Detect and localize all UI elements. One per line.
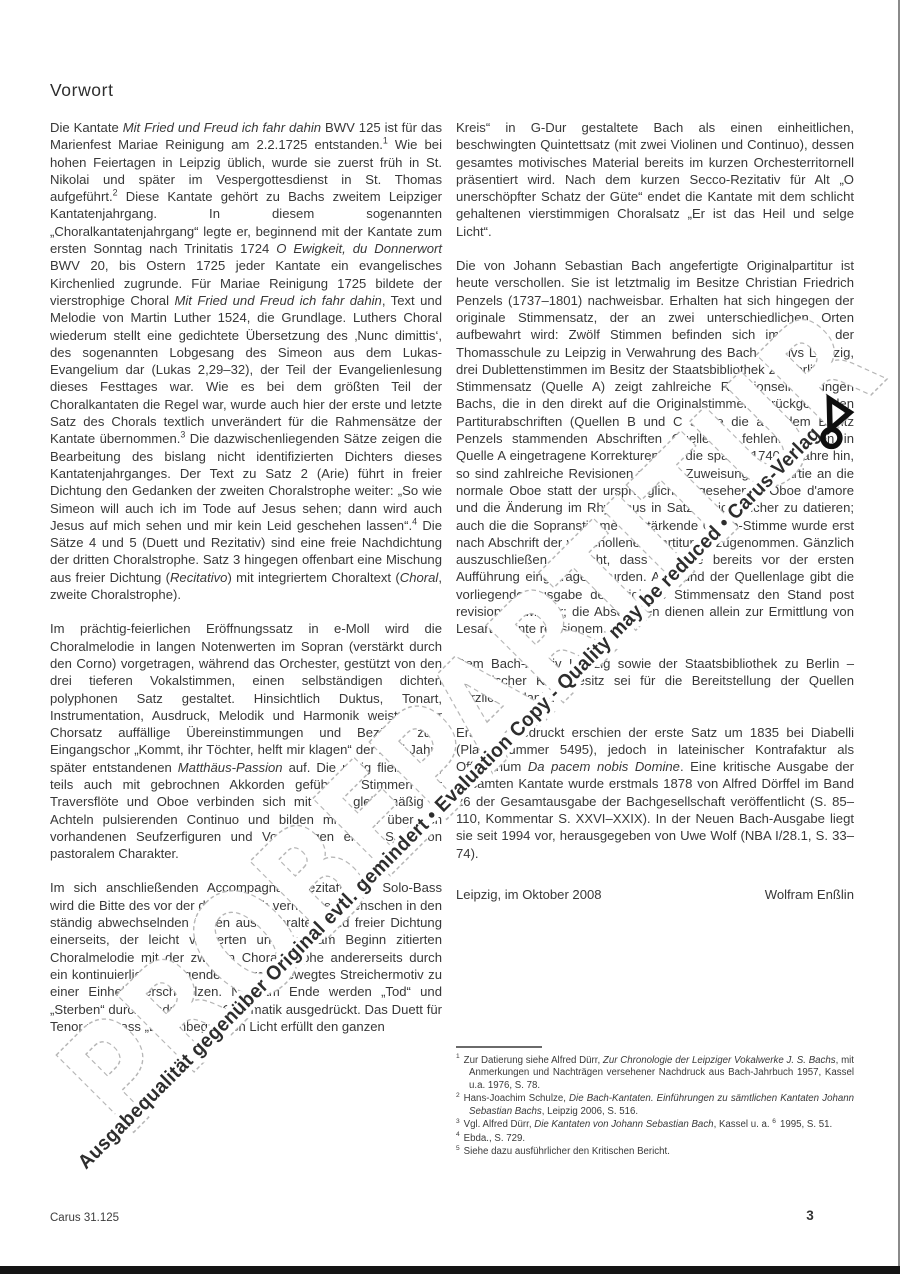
left-column: Die Kantate Mit Fried und Freud ich fahr… <box>50 119 442 1052</box>
catalog-number: Carus 31.125 <box>50 1212 119 1224</box>
paragraph: Die von Johann Sebastian Bach angefertig… <box>456 257 854 638</box>
paragraph: Dem Bach-Archiv Leipzig sowie der Staats… <box>456 655 854 707</box>
footnote-text: Hans-Joachim Schulze, Die Bach-Kantaten.… <box>464 1093 854 1117</box>
footnote-number: 4 <box>456 1131 460 1138</box>
signature-row: Leipzig, im Oktober 2008 Wolfram Enßlin <box>456 886 854 903</box>
footnote-divider <box>456 1046 542 1048</box>
signature-place-date: Leipzig, im Oktober 2008 <box>456 886 602 903</box>
paragraph: Im prächtig-feierlichen Eröffnungssatz i… <box>50 620 442 862</box>
footnotes-block: 1Zur Datierung siehe Alfred Dürr, Zur Ch… <box>456 1046 854 1160</box>
footnote: 2Hans-Joachim Schulze, Die Bach-Kantaten… <box>456 1093 854 1118</box>
footnote: 3Vgl. Alfred Dürr, Die Kantaten von Joha… <box>456 1119 854 1132</box>
paragraph: Im sich anschließenden Accompagnato-Rezi… <box>50 879 442 1035</box>
footnote-number: 1 <box>456 1053 460 1060</box>
footnote-number: 5 <box>456 1145 460 1152</box>
footnote: 5Siehe dazu ausführlicher den Kritischen… <box>456 1146 854 1159</box>
paragraph: Die Kantate Mit Fried und Freud ich fahr… <box>50 119 442 603</box>
footnote-text: Zur Datierung siehe Alfred Dürr, Zur Chr… <box>464 1055 854 1091</box>
paragraph: Kreis“ in G-Dur gestaltete Bach als eine… <box>456 119 854 240</box>
right-column: Kreis“ in G-Dur gestaltete Bach als eine… <box>456 119 854 903</box>
footnote-text: Siehe dazu ausführlicher den Kritischen … <box>464 1146 670 1157</box>
footnote-number: 2 <box>456 1092 460 1099</box>
footnote-text: Vgl. Alfred Dürr, Die Kantaten von Johan… <box>464 1119 833 1130</box>
footnote: 4Ebda., S. 729. <box>456 1133 854 1146</box>
page-number: 3 <box>800 1208 820 1223</box>
scan-bottom-edge-bar <box>0 1266 900 1274</box>
document-page: Vorwort Die Kantate Mit Fried und Freud … <box>0 0 900 1274</box>
page-title: Vorwort <box>50 80 114 101</box>
paragraph: Erstmals gedruckt erschien der erste Sat… <box>456 724 854 862</box>
footnote-text: Ebda., S. 729. <box>464 1133 525 1144</box>
footnote: 1Zur Datierung siehe Alfred Dürr, Zur Ch… <box>456 1055 854 1093</box>
footnote-number: 3 <box>456 1118 460 1125</box>
signature-author: Wolfram Enßlin <box>765 886 854 903</box>
